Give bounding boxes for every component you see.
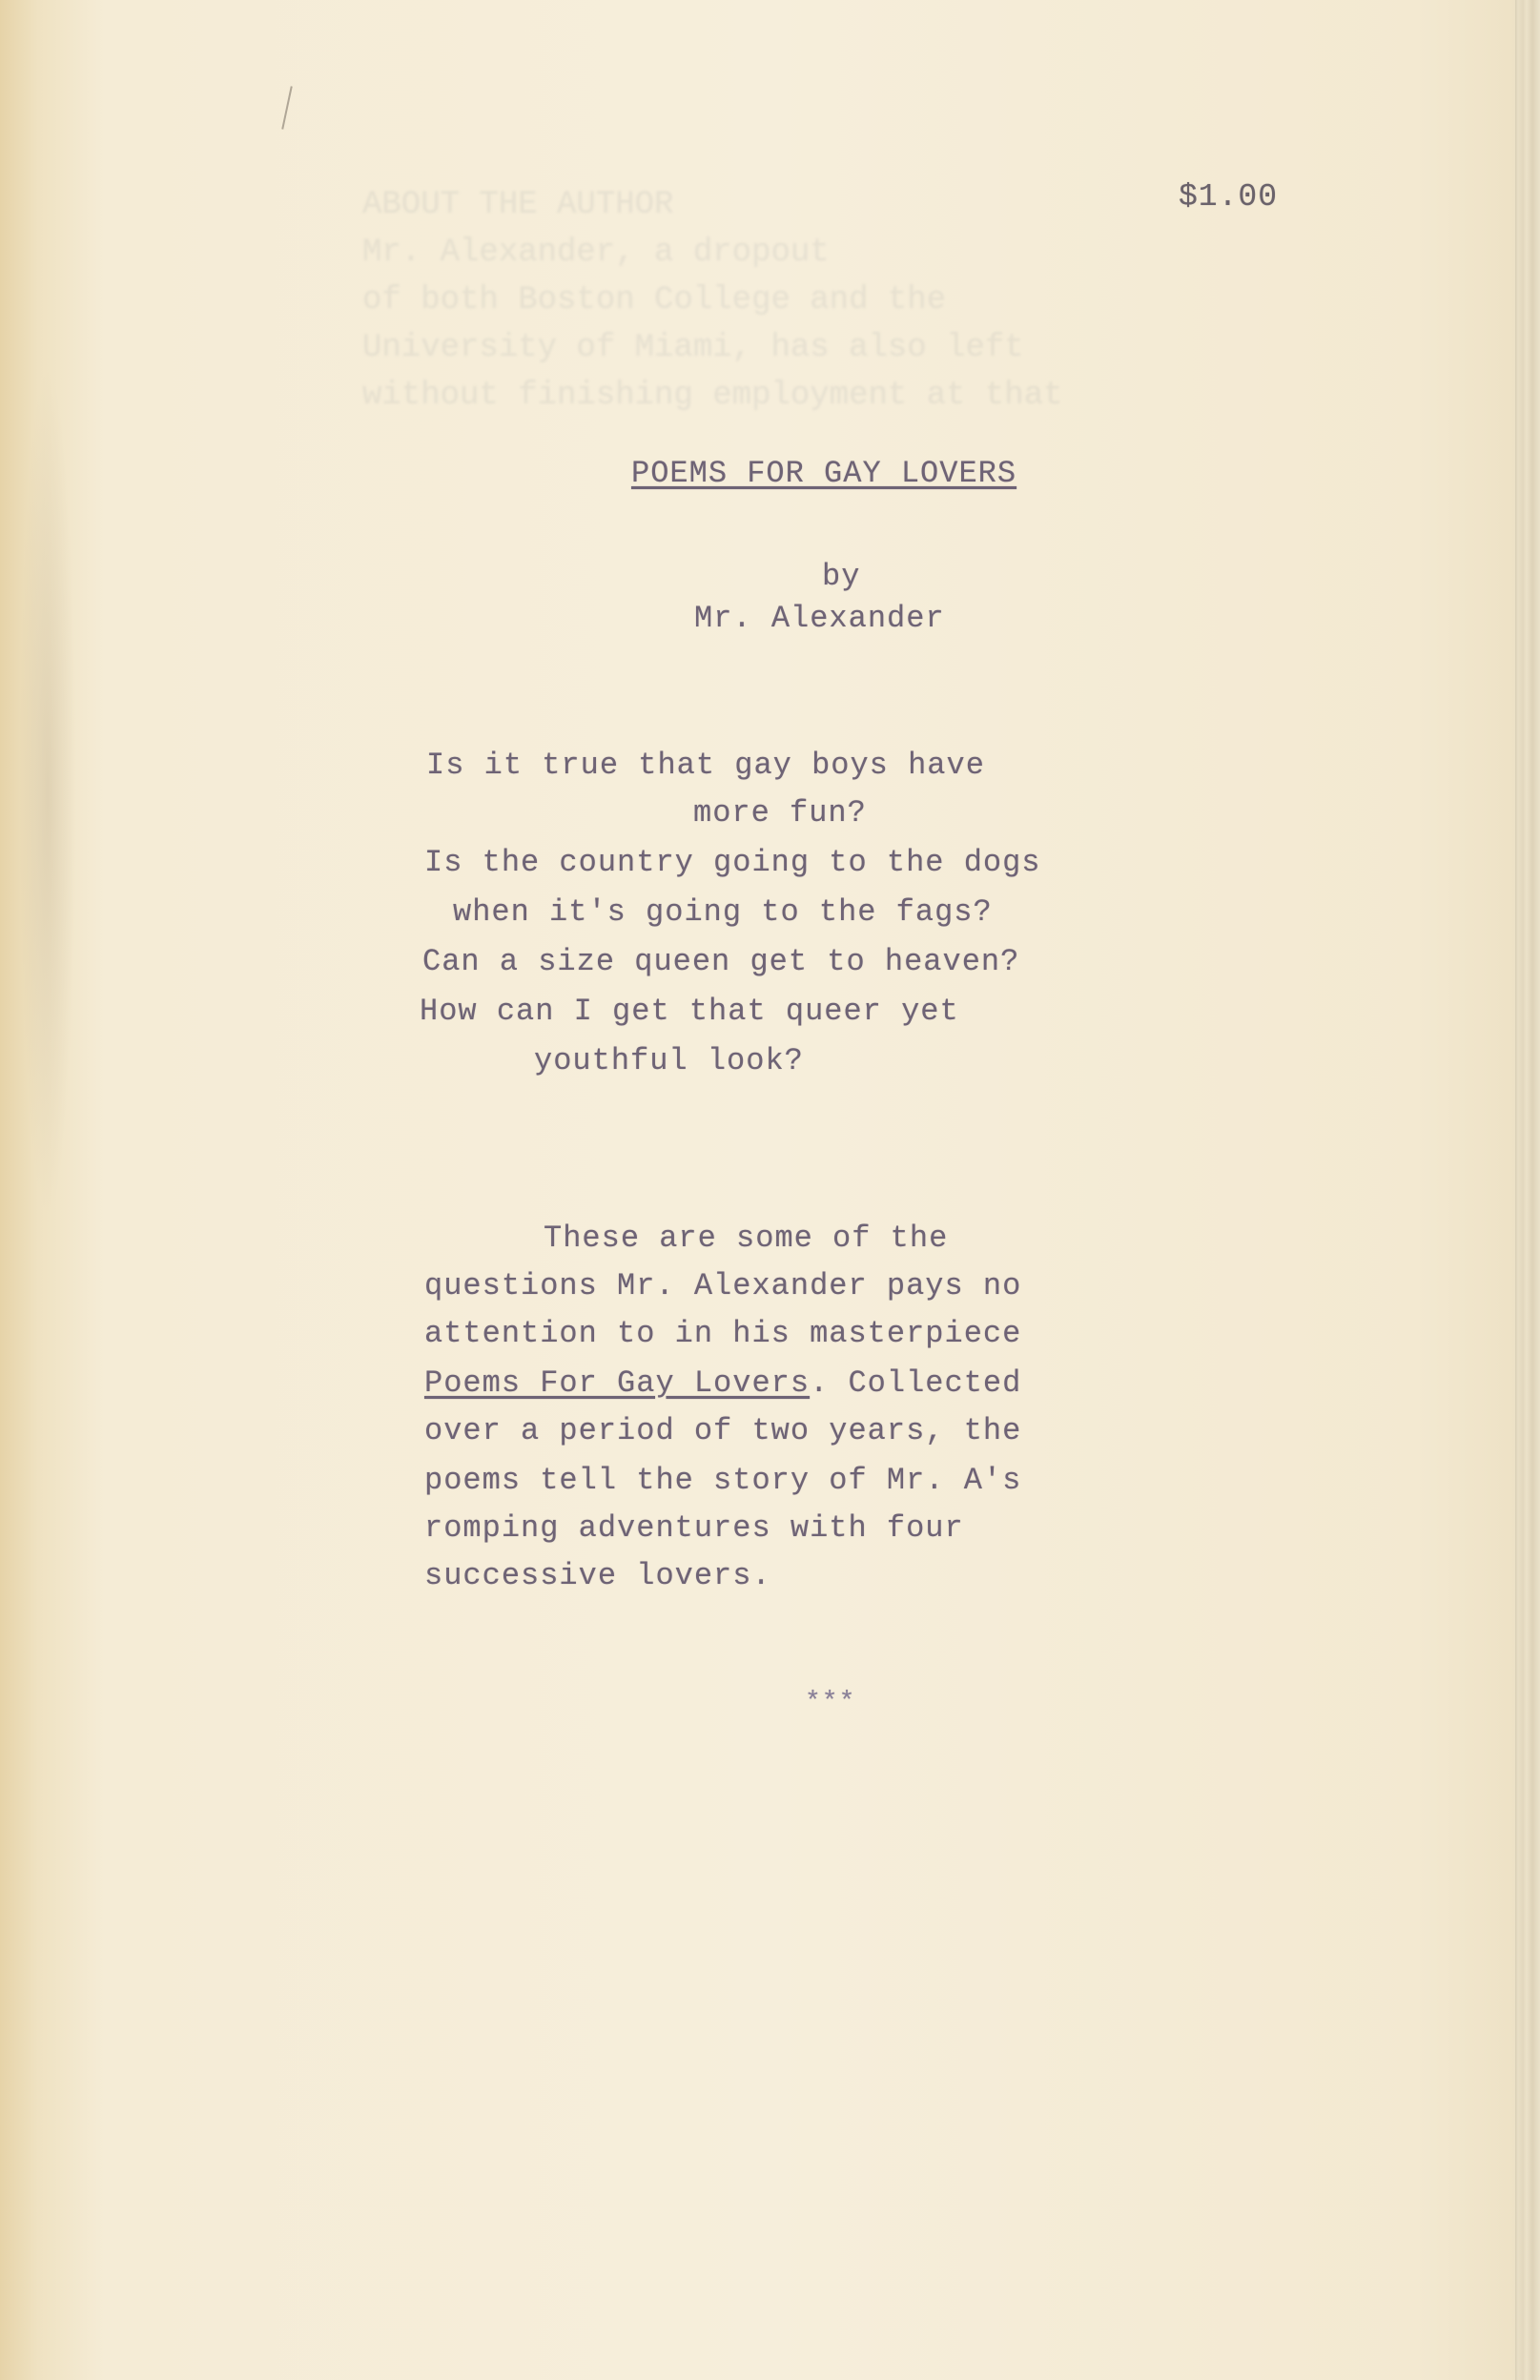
question-line: Is it true that gay boys have	[426, 748, 985, 783]
description-line: questions Mr. Alexander pays no	[424, 1268, 1021, 1303]
byline: by	[822, 559, 860, 594]
description-line: romping adventures with four	[424, 1510, 964, 1546]
description-line: poems tell the story of Mr. A's	[424, 1463, 1021, 1498]
stacked-page-edges	[1515, 0, 1540, 2380]
price-label: $1.00	[1179, 179, 1278, 215]
paper-mark	[281, 86, 293, 129]
section-separator: ***	[805, 1688, 855, 1717]
document-page: ABOUT THE AUTHOR Mr. Alexander, a dropou…	[0, 0, 1540, 2380]
description-line: Poems For Gay Lovers. Collected	[424, 1365, 1021, 1401]
question-line: when it's going to the fags?	[453, 894, 993, 930]
author-name: Mr. Alexander	[694, 601, 945, 636]
question-line: Can a size queen get to heaven?	[422, 944, 1019, 979]
book-title-reference: Poems For Gay Lovers	[424, 1365, 810, 1401]
bleed-through-heading: ABOUT THE AUTHOR	[362, 187, 673, 223]
question-line: youthful look?	[534, 1043, 804, 1078]
bleed-through-text: ABOUT THE AUTHOR Mr. Alexander, a dropou…	[362, 181, 1364, 420]
description-line: These are some of the	[544, 1221, 948, 1256]
question-line: How can I get that queer yet	[420, 994, 959, 1029]
document-title: POEMS FOR GAY LOVERS	[631, 456, 1016, 491]
question-line: Is the country going to the dogs	[424, 845, 1041, 880]
description-line: successive lovers.	[424, 1558, 771, 1593]
description-line: over a period of two years, the	[424, 1413, 1021, 1448]
description-line: attention to in his masterpiece	[424, 1316, 1021, 1351]
question-line: more fun?	[693, 795, 867, 831]
